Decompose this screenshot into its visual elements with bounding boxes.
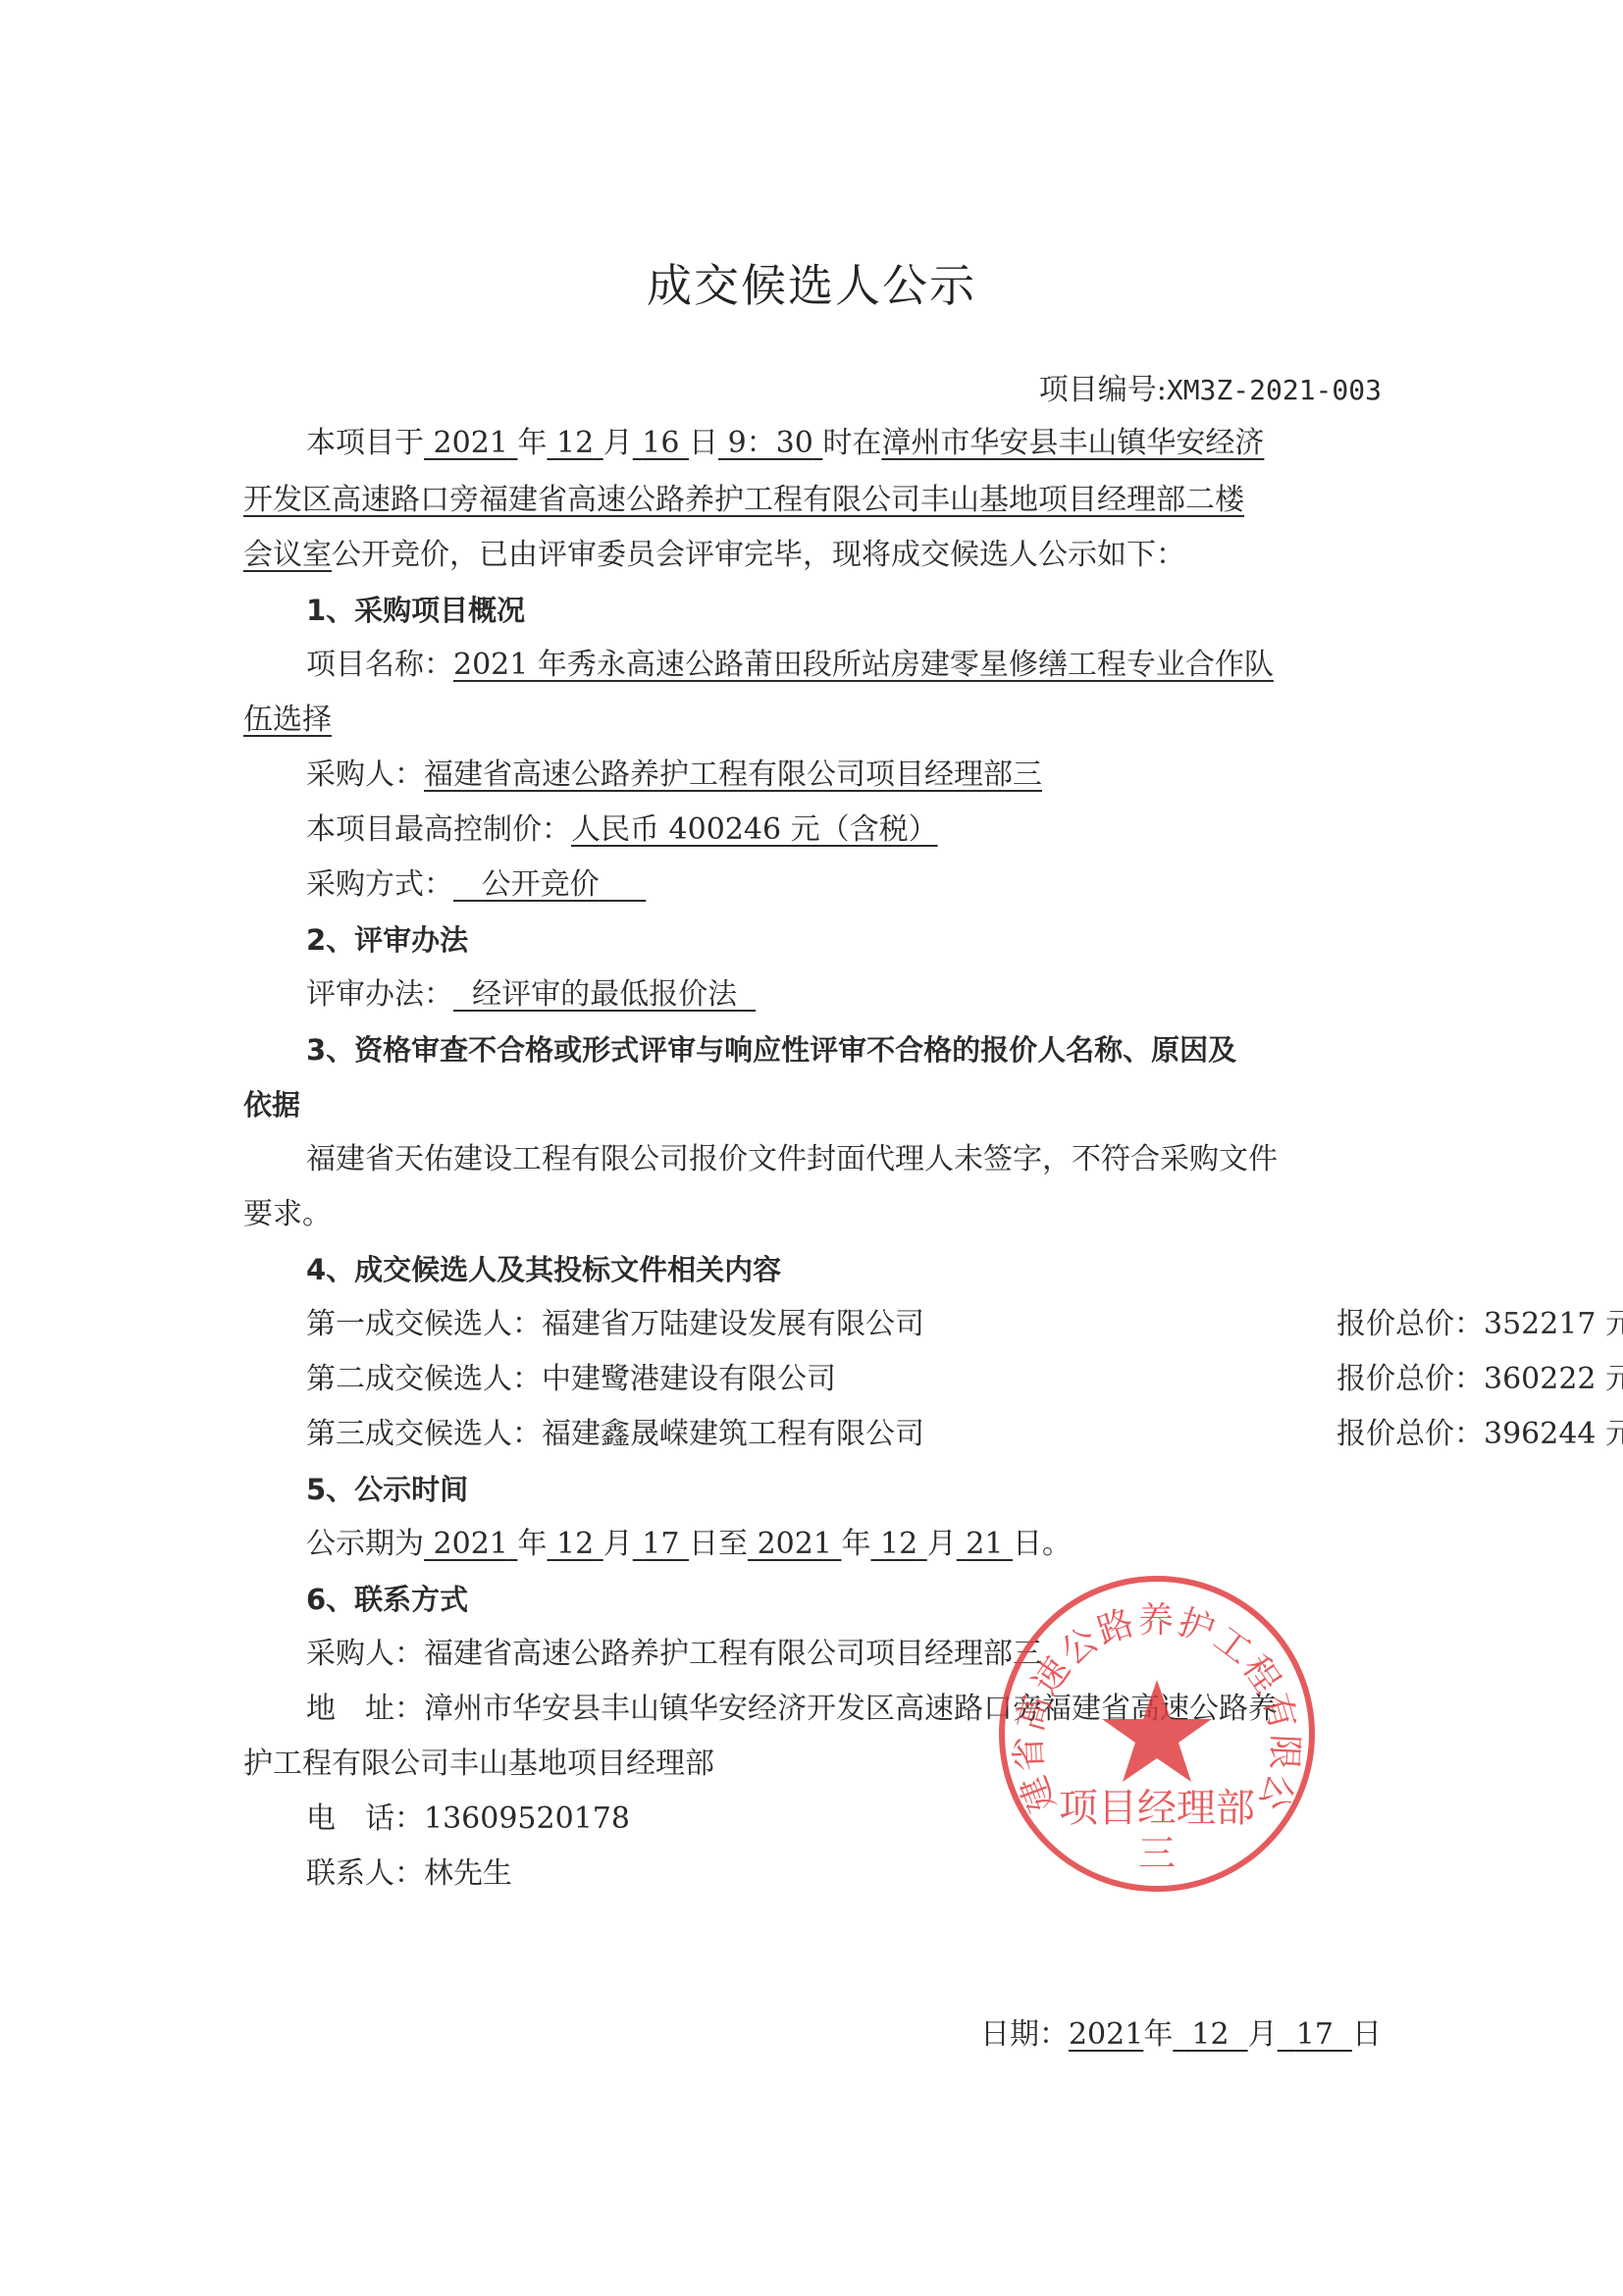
- candidate-company: 福建鑫晟嵘建筑工程有限公司: [542, 1417, 924, 1451]
- contact-person-label: 联系人：: [306, 1856, 424, 1891]
- intro-y: 年: [517, 426, 547, 460]
- purchaser-line: 采购人：福建省高速公路养护工程有限公司项目经理部三: [306, 756, 1444, 795]
- intro-suffix: 公开竞价，已由评审委员会评审完毕，现将成交候选人公示如下：: [332, 538, 1185, 572]
- project-name-line-1: 项目名称：2021 年秀永高速公路莆田段所站房建零星修缮工程专业合作队: [306, 646, 1444, 685]
- candidate-rank: 第三成交候选人：: [306, 1417, 542, 1451]
- start-day: 17: [633, 1527, 689, 1561]
- contact-purchaser-value: 福建省高速公路养护工程有限公司项目经理部三: [424, 1637, 1042, 1671]
- section-3-body-2: 要求。: [243, 1195, 1382, 1234]
- project-name-line-2: 伍选择: [243, 701, 1382, 740]
- candidate-price: 报价总价：352217 元: [1336, 1305, 1623, 1344]
- project-number: 项目编号:XM3Z-2021-003: [243, 371, 1382, 410]
- page-title: 成交候选人公示: [0, 250, 1623, 315]
- official-seal-icon: 福建省高速公路养护工程有限公司 项目经理部 三: [993, 1570, 1321, 1898]
- section-5-heading: 5、公示时间: [306, 1470, 1444, 1509]
- project-number-label: 项目编号:: [1039, 373, 1167, 407]
- intro-year: 2021: [424, 426, 517, 460]
- date-year: 2021: [1069, 2017, 1143, 2052]
- date-label: 日期：: [980, 2017, 1069, 2052]
- candidate-price: 报价总价：396244 元。: [1336, 1415, 1623, 1454]
- max-price-line: 本项目最高控制价：人民币 400246 元（含税）: [306, 810, 1444, 850]
- start-month: 12: [547, 1527, 602, 1561]
- section-2-heading: 2、评审办法: [306, 920, 1444, 960]
- section-3-body-1: 福建省天佑建设工程有限公司报价文件封面代理人未签字，不符合采购文件: [306, 1140, 1444, 1179]
- intro-location-2: 开发区高速路口旁福建省高速公路养护工程有限公司丰山基地项目经理部二楼: [243, 483, 1244, 517]
- intro-prefix: 本项目于: [306, 426, 424, 460]
- intro-location-3: 会议室: [243, 538, 332, 572]
- project-name-value-2: 伍选择: [243, 703, 332, 737]
- evaluation-method-value: 经评审的最低报价法: [453, 977, 756, 1012]
- purchaser-value: 福建省高速公路养护工程有限公司项目经理部三: [424, 757, 1042, 792]
- intro-line-1: 本项目于 2021 年 12 月 16 日 9：30 时在漳州市华安县丰山镇华安…: [306, 424, 1444, 463]
- contact-purchaser-label: 采购人：: [306, 1637, 424, 1671]
- intro-d: 日: [689, 426, 718, 460]
- candidate-row: 第一成交候选人：福建省万陆建设发展有限公司 报价总价：352217 元: [306, 1305, 1444, 1344]
- end-day: 21: [957, 1527, 1013, 1561]
- end-year: 2021: [748, 1527, 841, 1561]
- document-page: 成交候选人公示 项目编号:XM3Z-2021-003 本项目于 2021 年 1…: [0, 0, 1623, 2296]
- address-value-1: 漳州市华安县丰山镇华安经济开发区高速路口旁福建省高速公路养: [424, 1692, 1278, 1726]
- max-price-label: 本项目最高控制价：: [306, 812, 571, 847]
- phone-value: 13609520178: [424, 1801, 630, 1836]
- intro-line-2: 开发区高速路口旁福建省高速公路养护工程有限公司丰山基地项目经理部二楼: [243, 481, 1382, 520]
- intro-day: 16: [633, 426, 689, 460]
- intro-time: 9：30: [718, 426, 822, 460]
- candidate-row: 第二成交候选人：中建鹭港建设有限公司 报价总价：360222 元: [306, 1360, 1444, 1399]
- procurement-method-label: 采购方式：: [306, 867, 453, 902]
- intro-m: 月: [603, 426, 633, 460]
- address-label: 地 址：: [306, 1692, 424, 1726]
- candidate-rank: 第一成交候选人：: [306, 1307, 542, 1341]
- phone-label: 电 话：: [306, 1801, 424, 1836]
- date-month: 12: [1173, 2017, 1247, 2052]
- evaluation-method-line: 评审办法： 经评审的最低报价法: [306, 975, 1444, 1015]
- contact-purchaser-line: 采购人：福建省高速公路养护工程有限公司项目经理部三: [306, 1635, 1444, 1674]
- end-month: 12: [870, 1527, 926, 1561]
- phone-line: 电 话：13609520178: [306, 1800, 1444, 1839]
- evaluation-method-label: 评审办法：: [306, 977, 453, 1012]
- project-name-value-1: 2021 年秀永高速公路莆田段所站房建零星修缮工程专业合作队: [453, 648, 1274, 682]
- contact-person-line: 联系人：林先生: [306, 1854, 1444, 1894]
- date-day: 17: [1278, 2017, 1352, 2052]
- section-4-heading: 4、成交候选人及其投标文件相关内容: [306, 1250, 1444, 1289]
- procurement-method-value: 公开竞价: [453, 867, 646, 902]
- contact-person-value: 林先生: [424, 1856, 512, 1891]
- project-name-label: 项目名称：: [306, 648, 453, 682]
- start-year: 2021: [424, 1527, 517, 1561]
- procurement-method-line: 采购方式： 公开竞价: [306, 865, 1444, 905]
- max-price-value: 人民币 400246 元（含税）: [571, 812, 938, 847]
- purchaser-label: 采购人：: [306, 757, 424, 792]
- candidate-company: 福建省万陆建设发展有限公司: [542, 1307, 924, 1341]
- candidate-rank: 第二成交候选人：: [306, 1362, 542, 1396]
- candidate-price: 报价总价：360222 元: [1336, 1360, 1623, 1399]
- address-line-1: 地 址：漳州市华安县丰山镇华安经济开发区高速路口旁福建省高速公路养: [306, 1690, 1444, 1729]
- intro-location-1: 漳州市华安县丰山镇华安经济: [881, 426, 1264, 460]
- intro-month: 12: [547, 426, 602, 460]
- candidate-row: 第三成交候选人：福建鑫晟嵘建筑工程有限公司 报价总价：396244 元。: [306, 1415, 1444, 1454]
- section-3-heading-1: 3、资格审查不合格或形式评审与响应性评审不合格的报价人名称、原因及: [306, 1030, 1444, 1070]
- project-number-value: XM3Z-2021-003: [1167, 374, 1382, 406]
- candidate-company: 中建鹭港建设有限公司: [542, 1362, 836, 1396]
- document-date: 日期：2021年 12 月 17 日: [243, 2015, 1382, 2055]
- address-line-2: 护工程有限公司丰山基地项目经理部: [243, 1745, 1382, 1784]
- intro-line-3: 会议室公开竞价，已由评审委员会评审完毕，现将成交候选人公示如下：: [243, 536, 1382, 575]
- publicity-prefix: 公示期为: [306, 1527, 424, 1561]
- section-1-heading: 1、采购项目概况: [306, 591, 1444, 630]
- section-3-heading-2: 依据: [243, 1085, 1382, 1124]
- section-6-heading: 6、联系方式: [306, 1580, 1444, 1619]
- publicity-period-line: 公示期为 2021 年 12 月 17 日至 2021 年 12 月 21 日。: [306, 1525, 1444, 1564]
- intro-t: 时在: [822, 426, 881, 460]
